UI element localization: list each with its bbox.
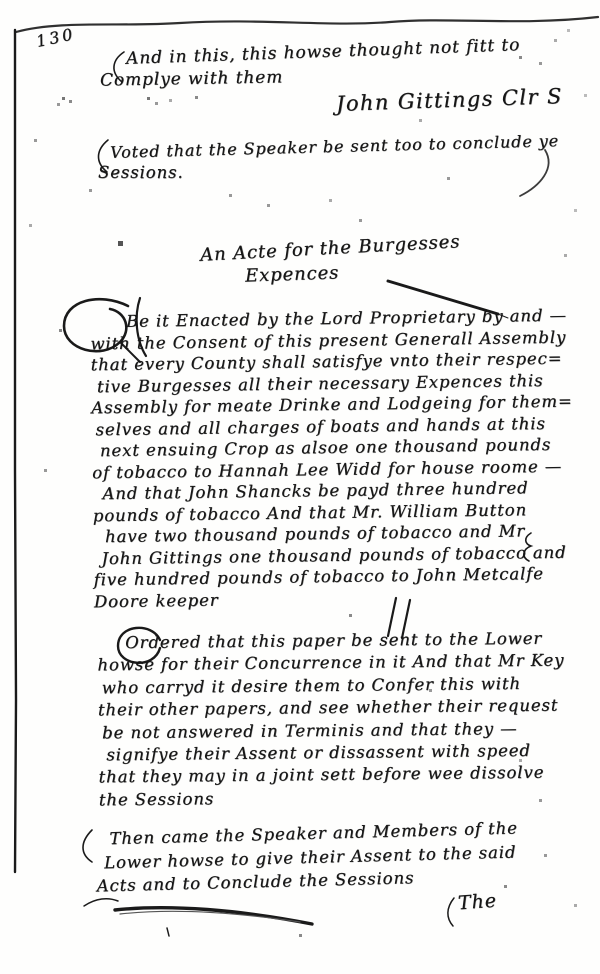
resolution-note-line-1: And in this, this howse thought not fitt…: [126, 37, 521, 68]
manuscript-page: 130 And in this, this howse thought not …: [0, 0, 600, 974]
order-note-line: the Sessions: [99, 784, 566, 811]
scan-noise-speckles: [0, 0, 1, 1]
bottom-flourish-lead: [84, 899, 118, 906]
act-heading-line-2: Expences: [245, 264, 340, 285]
closing-note-paragraph: Then came the Speaker and Members of the…: [95, 816, 519, 898]
act-heading-line-1: An Acte for the Burgesses: [200, 233, 461, 265]
left-margin-rule: [15, 30, 16, 872]
act-body-paragraph: Be it Enacted by the Lord Proprietary by…: [90, 305, 576, 613]
resolution-note-line-2: Complye with them: [100, 69, 283, 89]
catchword-bracket-stroke: [448, 898, 454, 926]
order-note-paragraph: Ordered that this paper be sent to the L…: [97, 628, 566, 812]
descender-flourish: [520, 150, 549, 196]
page-top-edge-line: [16, 17, 598, 32]
voted-note-line-1: Voted that the Speaker be sent too to co…: [110, 133, 559, 161]
clerk-signature: John Gittings Clr S: [336, 86, 563, 115]
bottom-flourish-echo: [120, 911, 300, 922]
page-number: 130: [35, 26, 77, 50]
bottom-flourish-stroke: [115, 908, 312, 924]
catchword: The: [457, 892, 497, 914]
paragraph-bracket-stroke-3: [83, 830, 92, 862]
small-tick-mark: [167, 928, 169, 936]
voted-note-line-2: Sessions.: [98, 165, 184, 182]
